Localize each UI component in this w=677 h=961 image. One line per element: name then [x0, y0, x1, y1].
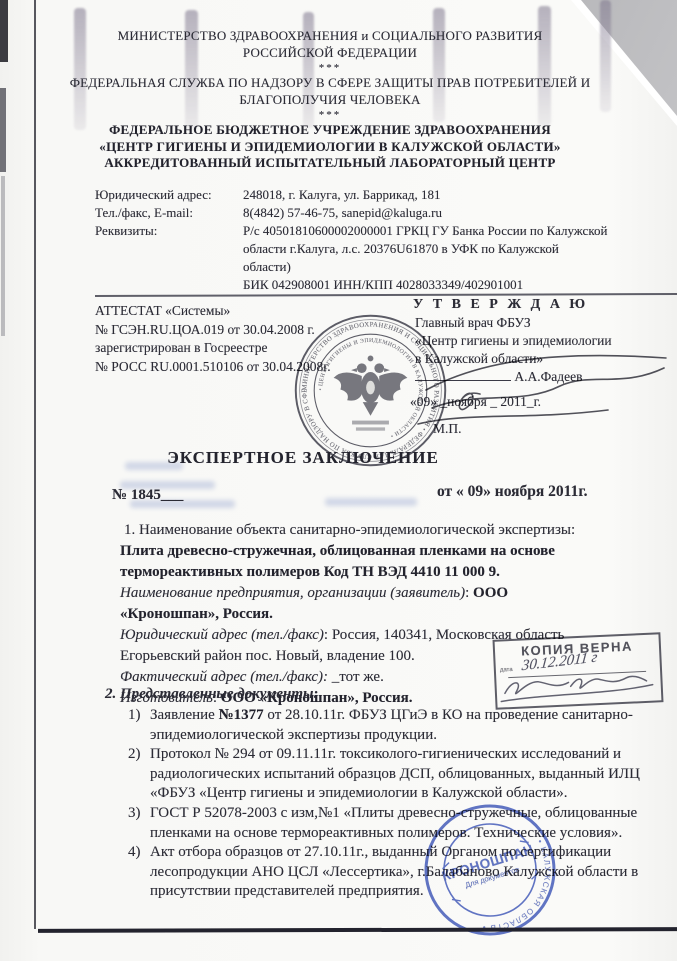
legal-address-value: 248018, г. Калуга, ул. Баррикад, 181 [243, 186, 670, 204]
ministry-line: МИНИСТЕРСТВО ЗДРАВООХРАНЕНИЯ и СОЦИАЛЬНО… [50, 28, 610, 45]
double-headed-eagle-emblem [334, 356, 408, 416]
institution-line: ФЕДЕРАЛЬНОЕ БЮДЖЕТНОЕ УЧРЕЖДЕНИЕ ЗДРАВОО… [50, 122, 610, 139]
legal-address-label: Юридический адрес: [95, 186, 243, 204]
scan-edge-mark [0, 0, 8, 62]
actual-address-label: Фактический адрес (тел./факс): [120, 669, 328, 685]
stars-separator: *** [50, 61, 610, 75]
item-marker: 3) [128, 804, 141, 824]
section2-heading: 2. Представленные документы: [105, 686, 318, 703]
section1-heading: 1. Наименование объекта санитарно-эпидем… [120, 520, 660, 541]
requisites-line: Р/с 40501810600002000001 ГРКЦ ГУ Банка Р… [243, 222, 670, 240]
item-marker: 2) [128, 745, 141, 765]
service-line: ФЕДЕРАЛЬНАЯ СЛУЖБА ПО НАДЗОРУ В СФЕРЕ ЗА… [50, 75, 610, 92]
list-item: 2)Протокол № 294 от 09.11.11г. токсиколо… [128, 745, 656, 804]
institution-line: АККРЕДИТОВАННЫЙ ИСПЫТАТЕЛЬНЫЙ ЛАБОРАТОРН… [50, 155, 610, 172]
institution-line: «ЦЕНТР ГИГИЕНЫ И ЭПИДЕМИОЛОГИИ В КАЛУЖСК… [50, 139, 610, 156]
requisites-value: Р/с 40501810600002000001 ГРКЦ ГУ Банка Р… [243, 222, 670, 294]
requisites-line: БИК 042908001 ИНН/КПП 4028033349/4029010… [243, 276, 670, 294]
scan-edge-mark [1, 176, 5, 336]
handwritten-signature [408, 328, 677, 428]
list-item: 1)Заявление №1377 от 28.10.11г. ФБУЗ ЦГи… [128, 706, 656, 745]
contacts-block: Юридический адрес: 248018, г. Калуга, ул… [95, 186, 670, 294]
service-line: БЛАГОПОЛУЧИЯ ЧЕЛОВЕКА [50, 92, 610, 109]
scan-edge-line [34, 0, 36, 929]
product-name-line: Плита древесно-стружечная, облицованная … [120, 541, 660, 562]
ministry-line: РОССИЙСКОЙ ФЕДЕРАЦИИ [50, 45, 610, 62]
product-name-line: термореактивных полимеров Код ТН ВЭД 441… [120, 562, 660, 583]
list-item: 4)Акт отбора образцов от 27.10.11г., выд… [128, 843, 656, 902]
item-marker: 4) [128, 843, 141, 863]
section-2-documents-list: 1)Заявление №1377 от 28.10.11г. ФБУЗ ЦГи… [128, 706, 656, 902]
copy-stamp-signature [496, 664, 657, 705]
scan-edge-mark [0, 88, 6, 172]
applicant-value-line2: «Кроношпан», Россия. [120, 604, 660, 625]
legal-address-label: Юридический адрес (тел./факс) [120, 627, 324, 643]
bleed-through-text [325, 498, 417, 506]
bottom-rule [38, 927, 677, 933]
document-date: от « 09» ноября 2011г. [437, 483, 588, 501]
item-text: Протокол № 294 от 09.11.11г. токсиколого… [150, 746, 640, 801]
document-title: ЭКСПЕРТНОЕ ЗАКЛЮЧЕНИЕ [103, 448, 503, 468]
item-marker: 1) [128, 706, 141, 726]
kronoshpan-stamp-graphic: • КАЛУЖСКАЯ ОБЛАСТЬ • КРОНОШПАН Для доку… [415, 795, 565, 945]
phone-email-value: 8(4842) 57-46-75, sanepid@kaluga.ru [243, 204, 670, 222]
stars-separator: *** [50, 108, 610, 122]
applicant-line: Наименование предприятия, организации (з… [120, 583, 660, 604]
item-text: Заявление [150, 707, 219, 723]
applicant-value: ООО [473, 585, 508, 601]
kronoshpan-blue-stamp: • КАЛУЖСКАЯ ОБЛАСТЬ • КРОНОШПАН Для доку… [415, 795, 565, 945]
separator: : [324, 627, 332, 643]
letterhead: МИНИСТЕРСТВО ЗДРАВООХРАНЕНИЯ и СОЦИАЛЬНО… [50, 28, 610, 172]
scanned-document-page: МИНИСТЕРСТВО ЗДРАВООХРАНЕНИЯ и СОЦИАЛЬНО… [0, 0, 677, 961]
actual-address-value: _тот же. [328, 669, 384, 685]
copy-verified-stamp: КОПИЯ ВЕРНА дата 30.12.2011 г [492, 632, 663, 710]
requisites-label: Реквизиты: [95, 222, 243, 294]
requisites-line: области) [243, 258, 670, 276]
separator: : [465, 585, 473, 601]
phone-email-label: Тел./факс, E-mail: [95, 204, 243, 222]
item-text-bold: №1377 [219, 707, 264, 723]
applicant-label: Наименование предприятия, организации (з… [120, 585, 465, 601]
requisites-line: области г.Калуга, л.с. 20376U61870 в УФК… [243, 240, 670, 258]
list-item: 3)ГОСТ Р 52078-2003 с изм,№1 «Плиты древ… [128, 804, 656, 843]
document-number: № 1845___ [112, 487, 183, 504]
